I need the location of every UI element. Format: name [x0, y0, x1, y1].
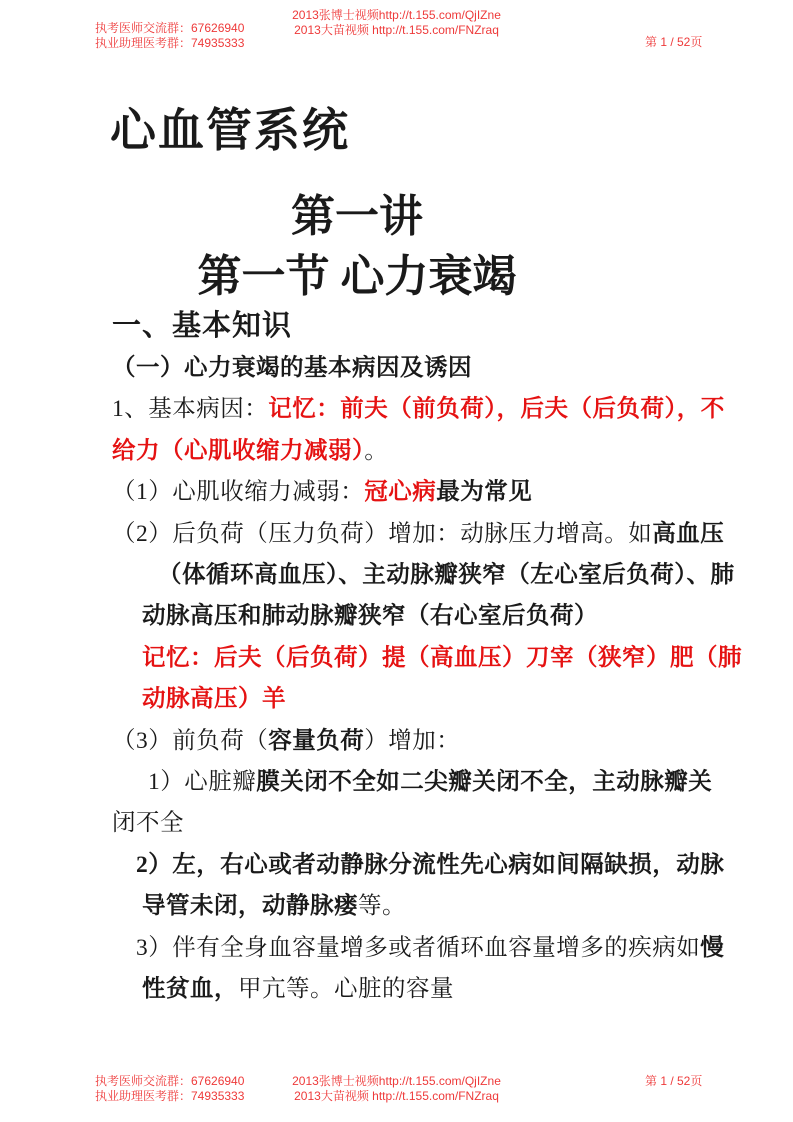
text-segment: 容量负荷: [268, 728, 364, 754]
text-segment: 动脉高压）羊: [142, 686, 286, 712]
text-line: 给力（心肌收缩力减弱）。: [112, 436, 388, 466]
text-segment: （1）心肌收缩力减弱：: [112, 479, 364, 505]
text-line: 闭不全: [112, 808, 184, 838]
text-segment: 闭不全: [112, 810, 184, 836]
document-title: 心血管系统: [110, 94, 350, 160]
text-line: 2）左，右心或者动静脉分流性先心病如间隔缺损，动脉: [136, 850, 724, 880]
text-segment: （3）前负荷（: [112, 728, 268, 754]
page-header: 执考医师交流群：67626940 执业助理医考群：74935333 2013张博…: [0, 0, 793, 60]
text-line: （2）后负荷（压力负荷）增加：动脉压力增高。如高血压: [112, 519, 724, 549]
text-line: 导管未闭，动静脉瘘等。: [142, 891, 406, 921]
header-video-link-line: 2013张博士视频http://t.155.com/QjIZne: [0, 8, 793, 23]
text-line: 3）伴有全身血容量增多或者循环血容量增多的疾病如慢: [136, 933, 724, 963]
footer-video-link-line-2: 2013大苗视频 http://t.155.com/FNZraq: [0, 1089, 793, 1104]
text-line: （3）前负荷（容量负荷）增加：: [112, 726, 460, 756]
text-segment: 动脉高压和肺动脉瓣狭窄（右心室后负荷）: [142, 603, 598, 629]
text-line: （体循环高血压）、主动脉瓣狭窄（左心室后负荷）、肺: [158, 560, 735, 590]
text-segment: 慢: [700, 935, 724, 961]
text-segment: （2）后负荷（压力负荷）增加：动脉压力增高。如: [112, 521, 652, 547]
text-segment: 导管未闭，动静脉瘘: [142, 893, 358, 919]
text-line: （一）心力衰竭的基本病因及诱因: [112, 353, 472, 383]
text-segment: 。: [364, 438, 388, 464]
text-line: 性贫血，甲亢等。心脏的容量: [142, 974, 454, 1004]
text-segment: 1）心脏瓣: [148, 769, 256, 795]
text-line: 1）心脏瓣膜关闭不全如二尖瓣关闭不全，主动脉瓣关: [148, 767, 712, 797]
text-segment: （体循环高血压）、主动脉瓣狭窄（左心室后负荷）、肺: [158, 562, 735, 588]
text-segment: 膜关闭不全如二尖瓣关闭不全，主动脉瓣关: [256, 769, 712, 795]
text-segment: 高血压: [652, 521, 724, 547]
text-segment: 性贫血，: [142, 976, 238, 1002]
text-segment: ）增加：: [364, 728, 460, 754]
text-segment: 甲亢等。心脏的容量: [238, 976, 454, 1002]
text-segment: 记忆：前夫（前负荷），后夫（后负荷），不: [268, 396, 725, 422]
text-segment: 记忆：后夫（后负荷）提（高血压）刀宰（狭窄）肥（肺: [142, 645, 742, 671]
text-line: （1）心肌收缩力减弱：冠心病最为常见: [112, 477, 532, 507]
text-line: 动脉高压）羊: [142, 684, 286, 714]
text-segment: 1、基本病因：: [112, 396, 268, 422]
header-qq-group-line-2: 执业助理医考群：74935333: [95, 36, 244, 51]
text-segment: 3）伴有全身血容量增多或者循环血容量增多的疾病如: [136, 935, 700, 961]
header-video-links-block: 2013张博士视频http://t.155.com/QjIZne 2013大苗视…: [0, 8, 793, 38]
text-line: 动脉高压和肺动脉瓣狭窄（右心室后负荷）: [142, 601, 598, 631]
text-segment: 给力（心肌收缩力减弱）: [112, 438, 364, 464]
text-line: 1、基本病因：记忆：前夫（前负荷），后夫（后负荷），不: [112, 394, 725, 424]
document-subtitle-section: 第一节 心力衰竭: [0, 240, 714, 304]
text-segment: （一）心力衰竭的基本病因及诱因: [112, 355, 472, 381]
document-subtitle-lecture: 第一讲: [0, 180, 714, 244]
section-heading: 一、基本知识: [112, 303, 292, 344]
text-segment: 2）左，右心或者动静脉分流性先心病如间隔缺损，动脉: [136, 852, 724, 878]
footer-page-number: 第 1 / 52页: [645, 1074, 702, 1089]
text-segment: 等。: [358, 893, 406, 919]
text-segment: 冠心病: [364, 479, 436, 505]
header-page-number: 第 1 / 52页: [645, 35, 702, 50]
text-line: 记忆：后夫（后负荷）提（高血压）刀宰（狭窄）肥（肺: [142, 643, 742, 673]
text-segment: 最为常见: [436, 479, 532, 505]
page-footer: 执考医师交流群：67626940 执业助理医考群：74935333 2013张博…: [0, 1068, 793, 1122]
